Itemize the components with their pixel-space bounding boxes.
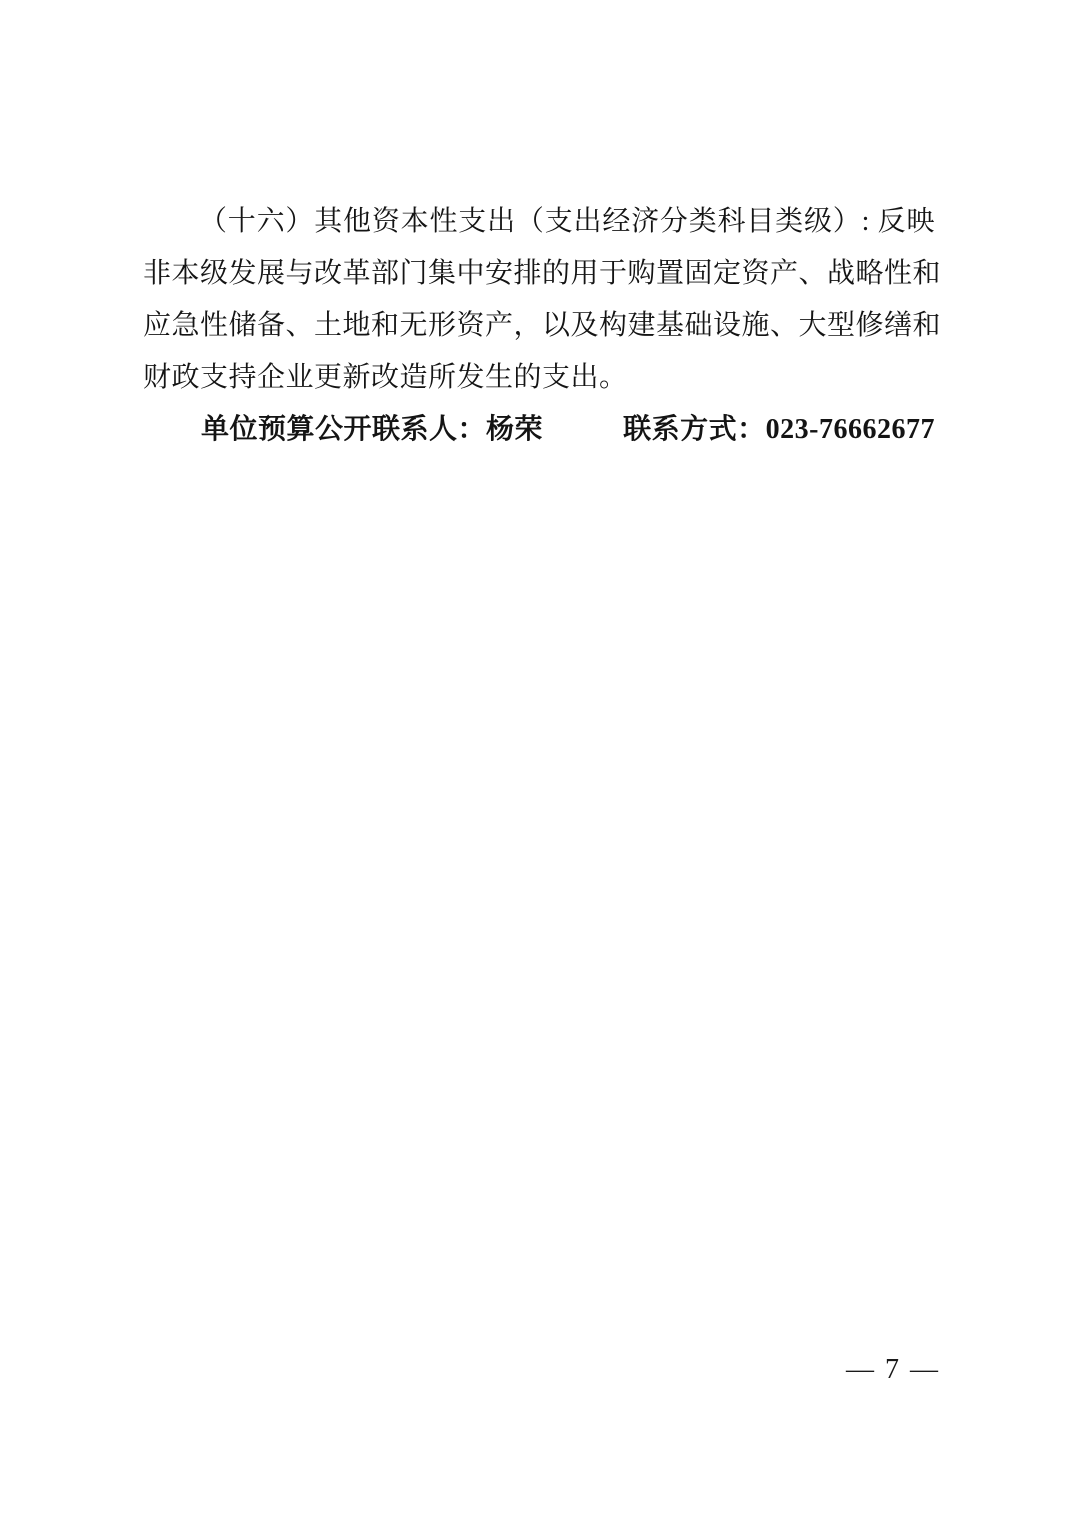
paragraph-line-2: 非本级发展与改革部门集中安排的用于购置固定资产、战略性和	[143, 248, 935, 300]
contact-person: 单位预算公开联系人：杨荣	[201, 404, 543, 456]
document-body-text: （十六）其他资本性支出（支出经济分类科目类级）: 反映 非本级发展与改革部门集中…	[143, 196, 935, 456]
contact-line: 单位预算公开联系人：杨荣 联系方式：023-76662677	[143, 404, 935, 456]
paragraph-line-1: （十六）其他资本性支出（支出经济分类科目类级）: 反映	[143, 196, 935, 248]
paragraph-line-3: 应急性储备、土地和无形资产，以及构建基础设施、大型修缮和	[143, 300, 935, 352]
paragraph-line-4: 财政支持企业更新改造所发生的支出。	[143, 352, 935, 404]
contact-method: 联系方式：023-76662677	[623, 404, 935, 456]
document-page: （十六）其他资本性支出（支出经济分类科目类级）: 反映 非本级发展与改革部门集中…	[0, 0, 1074, 1520]
page-number: — 7 —	[846, 1352, 940, 1388]
